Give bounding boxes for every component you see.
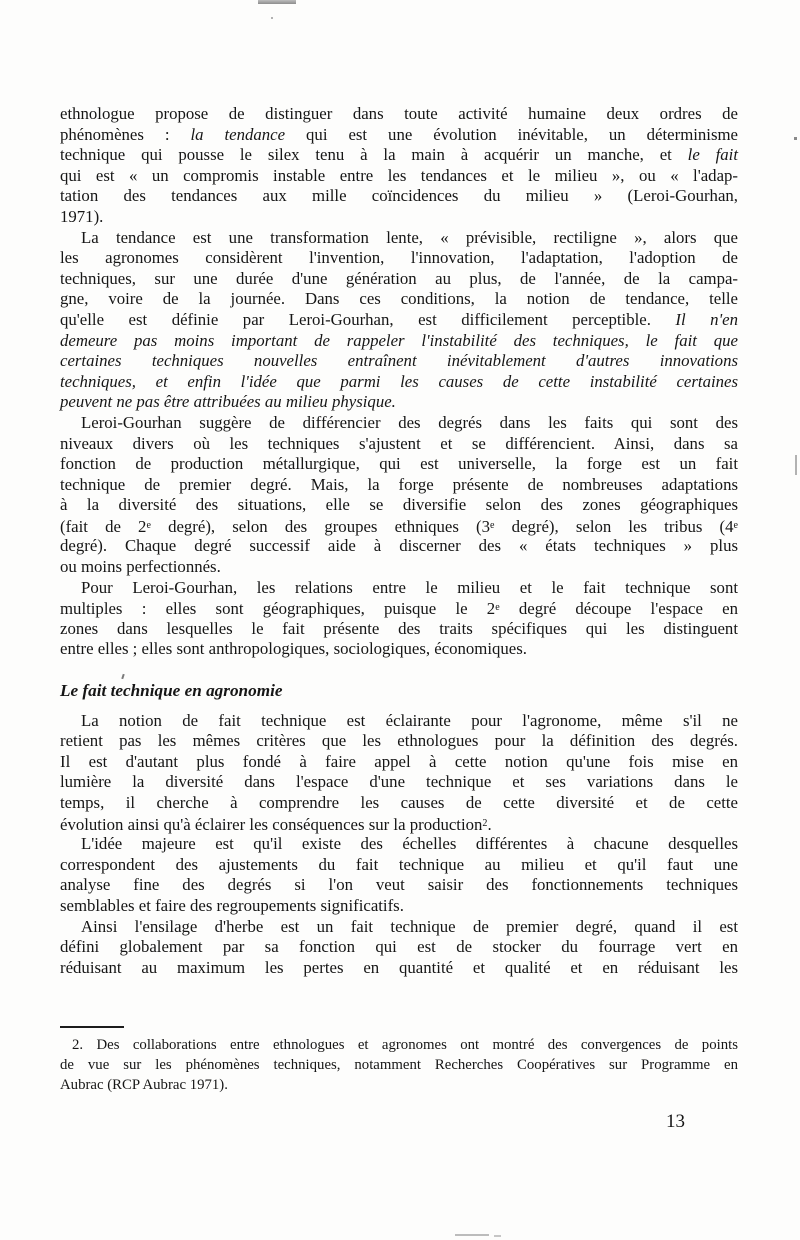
superscript: e [146, 520, 150, 531]
scan-artifact-dash [494, 1235, 501, 1237]
superscript: e [495, 602, 499, 613]
text-line: réduisant au maximum les pertes en quant… [60, 958, 738, 979]
text-line: phénomènes : la tendance qui est une évo… [60, 125, 738, 146]
text-line: demeure pas moins important de rappeler … [60, 331, 738, 352]
superscript: 2 [482, 818, 487, 829]
text-line: 2. Des collaborations entre ethnologues … [60, 1035, 738, 1055]
text-line: L'idée majeure est qu'il existe des éche… [60, 834, 738, 855]
text-line: à la diversité des situations, elle se d… [60, 495, 738, 516]
paragraph: L'idée majeure est qu'il existe des éche… [60, 834, 738, 916]
scan-artifact-dash [455, 1234, 489, 1236]
section-heading: Le fait technique en agronomie [60, 681, 738, 702]
text-line: retient pas les mêmes critères que les e… [60, 731, 738, 752]
text-line: La tendance est une transformation lente… [60, 228, 738, 249]
scan-artifact-speck [271, 17, 273, 19]
italic-text: peuvent ne pas être attribuées au milieu… [60, 392, 396, 411]
text-line: défini globalement par sa fonction qui e… [60, 937, 738, 958]
italic-text: demeure pas moins important de rappeler … [60, 331, 738, 350]
text-line: Pour Leroi-Gourhan, les relations entre … [60, 578, 738, 599]
text-line: temps, il cherche à comprendre les cause… [60, 793, 738, 814]
page-number: 13 [666, 1110, 685, 1134]
text-line: Ainsi l'ensilage d'herbe est un fait tec… [60, 917, 738, 938]
text-line: multiples : elles sont géographiques, pu… [60, 598, 738, 619]
text-line: analyse fine des degrés si l'on veut sai… [60, 875, 738, 896]
paragraph: ethnologue propose de distinguer dans to… [60, 104, 738, 228]
text-line: Leroi-Gourhan suggère de différencier de… [60, 413, 738, 434]
text-line: Aubrac (RCP Aubrac 1971). [60, 1075, 738, 1095]
text-line: certaines techniques nouvelles entraînen… [60, 351, 738, 372]
text-line: ethnologue propose de distinguer dans to… [60, 104, 738, 125]
italic-text: la tendance [190, 125, 285, 144]
paragraph: Pour Leroi-Gourhan, les relations entre … [60, 578, 738, 660]
text-line: qu'elle est définie par Leroi-Gourhan, e… [60, 310, 738, 331]
footnote-text: 2. Des collaborations entre ethnologues … [60, 1035, 738, 1096]
scanned-book-page: ethnologue propose de distinguer dans to… [0, 0, 800, 1240]
text-line: les agronomes considèrent l'invention, l… [60, 248, 738, 269]
italic-text: techniques, et enfin l'idée que parmi le… [60, 372, 738, 391]
italic-text: le fait [688, 145, 738, 164]
text-line: 1971). [60, 207, 738, 228]
paragraph: Ainsi l'ensilage d'herbe est un fait tec… [60, 917, 738, 979]
body-text: ethnologue propose de distinguer dans to… [60, 104, 738, 978]
text-line: degré). Chaque degré successif aide à di… [60, 536, 738, 557]
text-line: peuvent ne pas être attribuées au milieu… [60, 392, 738, 413]
text-line: zones dans lesquelles le fait présente d… [60, 619, 738, 640]
italic-text: Il n'en [675, 310, 738, 329]
superscript: e [734, 520, 738, 531]
text-line: de vue sur les phénomènes techniques, no… [60, 1055, 738, 1075]
paragraph: La notion de fait technique est éclairan… [60, 711, 738, 835]
text-line: Il est d'autant plus fondé à faire appel… [60, 752, 738, 773]
paragraph: Leroi-Gourhan suggère de différencier de… [60, 413, 738, 578]
superscript: e [490, 520, 494, 531]
text-line: évolution ainsi qu'à éclairer les conséq… [60, 814, 738, 835]
text-line: La notion de fait technique est éclairan… [60, 711, 738, 732]
text-line: entre elles ; elles sont anthropologique… [60, 639, 738, 660]
text-line: ou moins perfectionnés. [60, 557, 738, 578]
text-line: lumière la diversité dans l'espace d'une… [60, 772, 738, 793]
text-line: correspondent des ajustements du fait te… [60, 855, 738, 876]
text-line: (fait de 2e degré), selon des groupes et… [60, 516, 738, 537]
text-line: niveaux divers où les techniques s'ajust… [60, 434, 738, 455]
text-line: techniques, sur une durée d'une générati… [60, 269, 738, 290]
italic-text: certaines techniques nouvelles entraînen… [60, 351, 738, 370]
text-line: gne, voire de la journée. Dans ces condi… [60, 289, 738, 310]
scan-artifact-top-bar [258, 0, 296, 4]
paragraph: La tendance est une transformation lente… [60, 228, 738, 413]
text-line: fonction de production métallurgique, qu… [60, 454, 738, 475]
text-line: semblables et faire des regroupements si… [60, 896, 738, 917]
footnote: 2. Des collaborations entre ethnologues … [60, 1026, 738, 1096]
text-line: technique qui pousse le silex tenu à la … [60, 145, 738, 166]
text-line: techniques, et enfin l'idée que parmi le… [60, 372, 738, 393]
text-line: technique de premier degré. Mais, la for… [60, 475, 738, 496]
text-line: qui est « un compromis instable entre le… [60, 166, 738, 187]
footnote-rule [60, 1026, 124, 1028]
scan-artifact-dash [795, 455, 797, 475]
text-line: tation des tendances aux mille coïnciden… [60, 186, 738, 207]
scan-artifact-dot [794, 137, 797, 140]
